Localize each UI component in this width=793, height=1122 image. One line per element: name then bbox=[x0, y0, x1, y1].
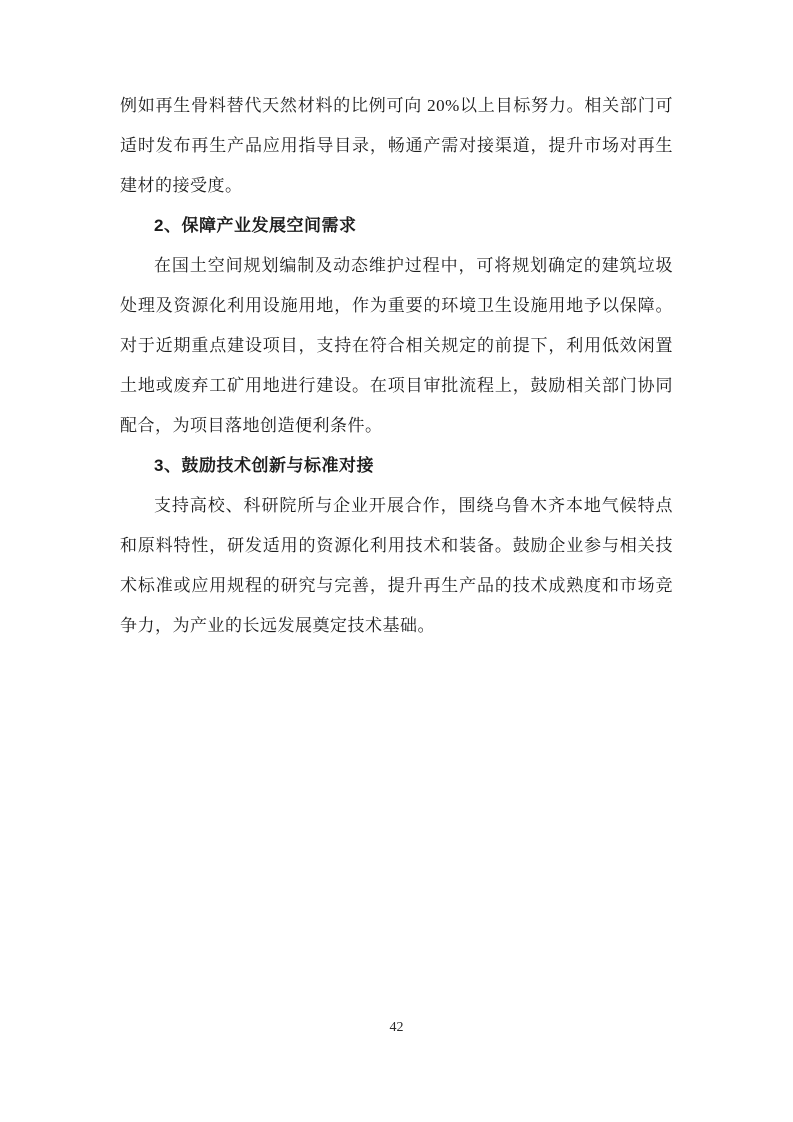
section-heading-2-industry-space: 2、保障产业发展空间需求 bbox=[120, 206, 673, 246]
paragraph-continuation-recycled-aggregate: 例如再生骨料替代天然材料的比例可向 20%以上目标努力。相关部门可适时发布再生产… bbox=[120, 86, 673, 206]
document-page: 例如再生骨料替代天然材料的比例可向 20%以上目标努力。相关部门可适时发布再生产… bbox=[0, 0, 793, 1122]
paragraph-research-cooperation: 支持高校、科研院所与企业开展合作，围绕乌鲁木齐本地气候特点和原料特性，研发适用的… bbox=[120, 486, 673, 646]
section-heading-3-tech-innovation: 3、鼓励技术创新与标准对接 bbox=[120, 446, 673, 486]
document-body: 例如再生骨料替代天然材料的比例可向 20%以上目标努力。相关部门可适时发布再生产… bbox=[120, 86, 673, 646]
page-number: 42 bbox=[120, 1018, 673, 1038]
paragraph-land-use-planning: 在国土空间规划编制及动态维护过程中，可将规划确定的建筑垃圾处理及资源化利用设施用… bbox=[120, 246, 673, 446]
